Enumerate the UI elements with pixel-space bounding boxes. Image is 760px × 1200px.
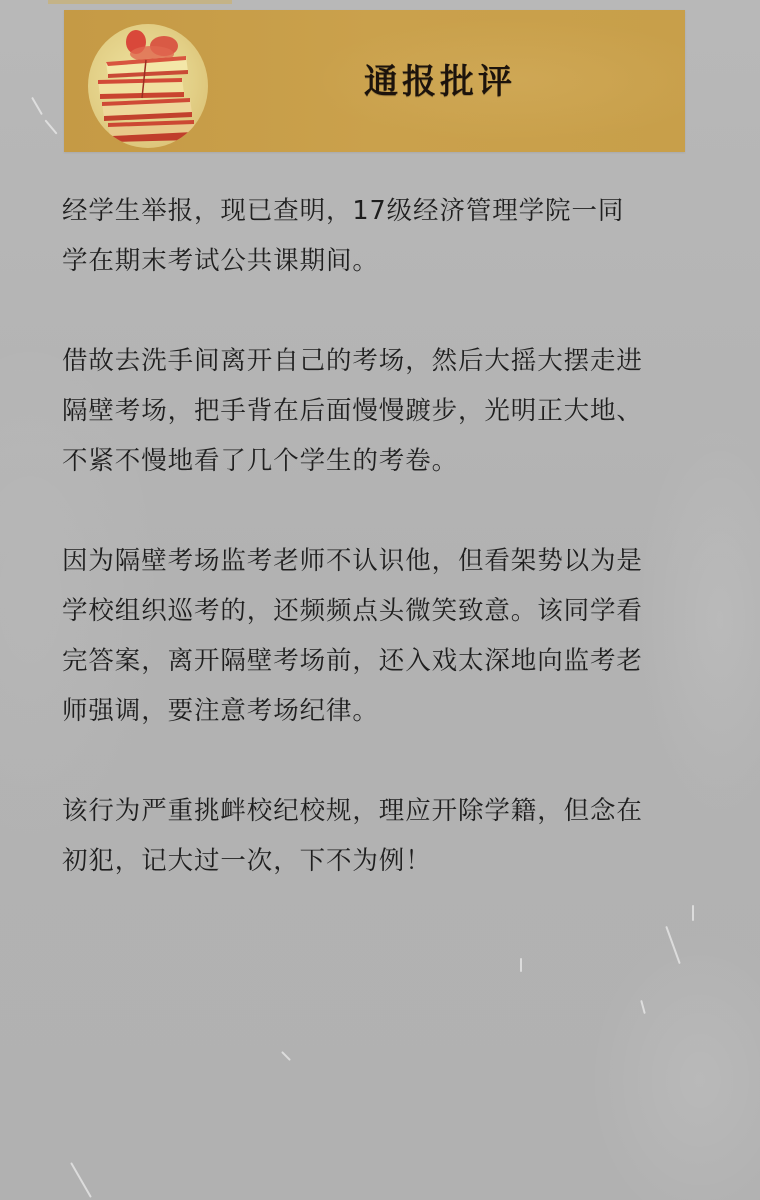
notice-paragraph-2: 借故去洗手间离开自己的考场，然后大摇大摆走进 隔壁考场，把手背在后面慢慢踱步，光…: [62, 336, 662, 486]
background-scratch: [31, 97, 43, 115]
text-line: 不紧不慢地看了几个学生的考卷。: [62, 436, 662, 486]
background-scratch: [692, 905, 694, 921]
background-scratch: [70, 1162, 92, 1198]
text-line: 借故去洗手间离开自己的考场，然后大摇大摆走进: [62, 336, 662, 386]
text-line: 隔壁考场，把手背在后面慢慢踱步，光明正大地、: [62, 386, 662, 436]
text-line: 学在期末考试公共课期间。: [62, 236, 662, 286]
background-scratch: [640, 1000, 646, 1014]
notice-paragraph-1: 经学生举报，现已查明，17级经济管理学院一同 学在期末考试公共课期间。: [62, 186, 662, 286]
background-scratch: [520, 958, 522, 972]
text-line: 学校组织巡考的，还频频点头微笑致意。该同学看: [62, 586, 662, 636]
background-scratch: [281, 1051, 291, 1061]
page-title: 通报批评: [364, 60, 544, 104]
text-line: 师强调，要注意考场纪律。: [62, 686, 662, 736]
text-line: 经学生举报，现已查明，17级经济管理学院一同: [62, 186, 662, 236]
notice-paragraph-3: 因为隔壁考场监考老师不认识他，但看架势以为是 学校组织巡考的，还频频点头微笑致意…: [62, 536, 662, 736]
notice-paragraph-4: 该行为严重挑衅校纪校规，理应开除学籍，但念在 初犯，记大过一次，下不为例！: [62, 786, 662, 886]
background-scratch: [665, 926, 681, 964]
text-line: 该行为严重挑衅校纪校规，理应开除学籍，但念在: [62, 786, 662, 836]
text-line: 初犯，记大过一次，下不为例！: [62, 836, 662, 886]
notice-body: 经学生举报，现已查明，17级经济管理学院一同 学在期末考试公共课期间。 借故去洗…: [62, 186, 662, 936]
stacked-books-icon: [88, 24, 208, 148]
text-line: 完答案，离开隔壁考场前，还入戏太深地向监考老: [62, 636, 662, 686]
header-banner: 通报批评: [64, 10, 685, 152]
text-line: 因为隔壁考场监考老师不认识他，但看架势以为是: [62, 536, 662, 586]
background-scratch: [44, 119, 57, 134]
top-edge-strip: [48, 0, 232, 4]
